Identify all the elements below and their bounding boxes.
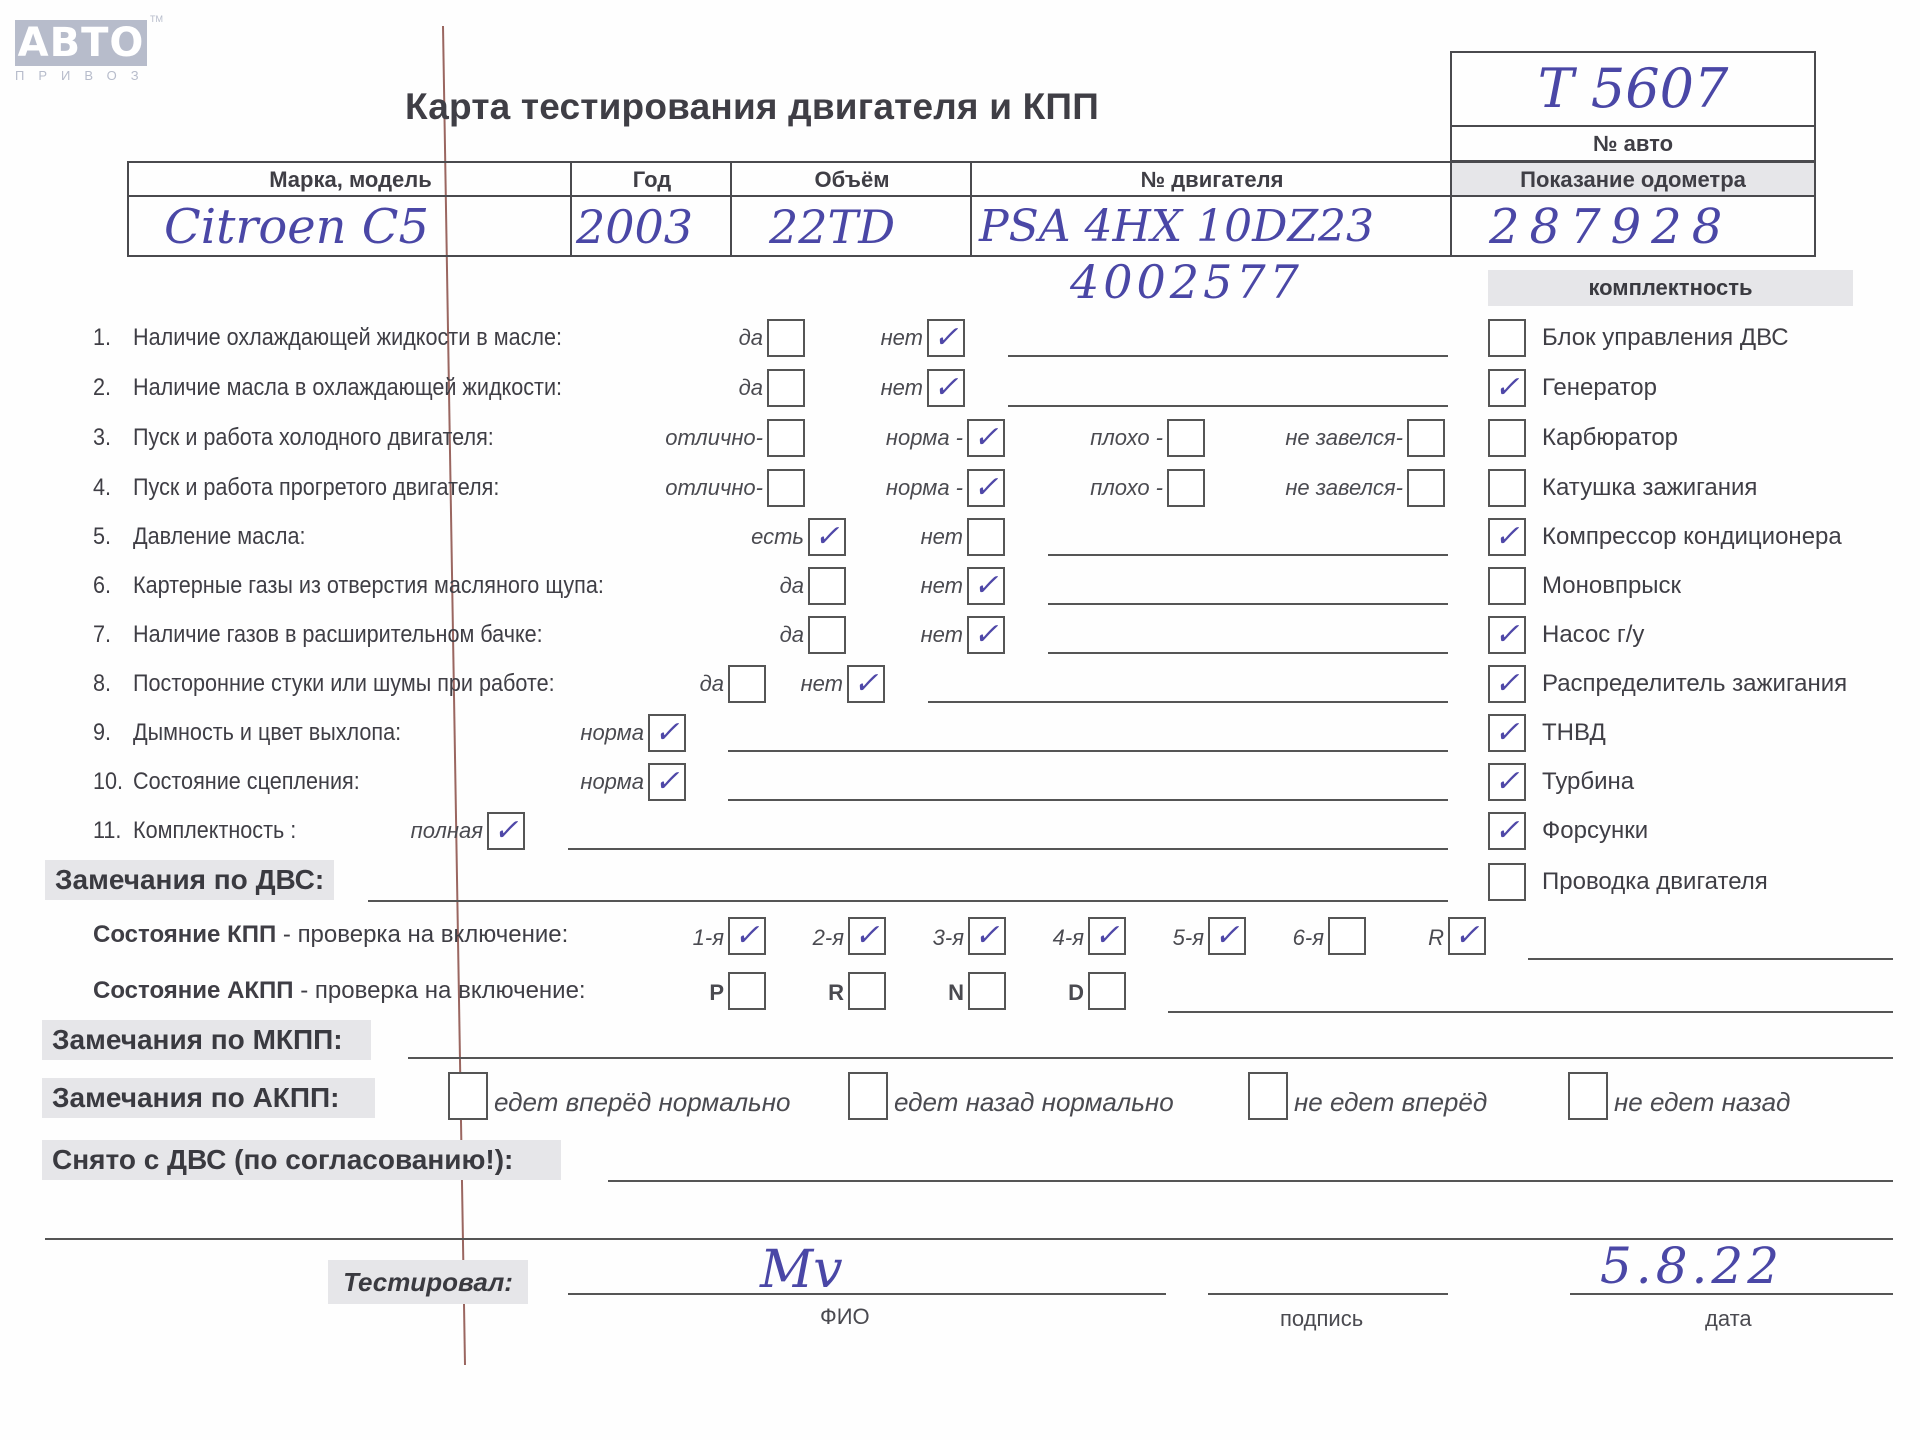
option-checkbox[interactable] <box>1407 469 1445 507</box>
remarks-manual-label: Замечания по МКПП: <box>42 1020 371 1060</box>
date-value: 5.8.22 <box>1600 1236 1783 1296</box>
completeness-checkbox[interactable] <box>1488 469 1526 507</box>
check-mark-icon: ✓ <box>1208 919 1246 953</box>
option-label: да <box>739 375 763 401</box>
signature-field[interactable] <box>1208 1293 1448 1295</box>
option-checkbox[interactable] <box>728 665 766 703</box>
remarks-auto-label: Замечания по АКПП: <box>42 1078 375 1118</box>
removed-parts-field[interactable] <box>608 1180 1893 1182</box>
completeness-checkbox[interactable]: ✓ <box>1488 714 1526 752</box>
name-value: Mv <box>760 1240 843 1300</box>
check-mark-icon: ✓ <box>927 321 965 355</box>
option-checkbox[interactable]: ✓ <box>927 369 965 407</box>
check-mark-icon: ✓ <box>968 919 1006 953</box>
option-checkbox[interactable] <box>1167 469 1205 507</box>
gear-label: D <box>1068 980 1084 1006</box>
caption-date: дата <box>1705 1306 1752 1332</box>
manual-gearbox-label: Состояние КПП - проверка на включение: <box>93 921 568 949</box>
remarks-engine-label: Замечания по ДВС: <box>45 860 334 900</box>
car-number-value[interactable]: T 5607 <box>1452 59 1814 119</box>
completeness-checkbox[interactable]: ✓ <box>1488 616 1526 654</box>
checklist-item-label: Комплектность : <box>133 817 296 845</box>
checklist-item-label: Наличие охлаждающей жидкости в масле: <box>133 324 562 352</box>
car-number-box: T 5607 № авто <box>1450 51 1816 162</box>
option-checkbox[interactable]: ✓ <box>967 567 1005 605</box>
option-label: плохо - <box>1090 425 1163 451</box>
column-header-odometer: Показание одометра <box>1452 163 1814 196</box>
page-title: Карта тестирования двигателя и КПП <box>405 86 1099 128</box>
completeness-title: комплектность <box>1488 270 1853 306</box>
auto-remark-label: не едет назад <box>1614 1087 1790 1118</box>
checklist-item-label: Посторонние стуки или шумы при работе: <box>133 670 555 698</box>
option-label: нет <box>881 325 923 351</box>
option-checkbox[interactable] <box>808 567 846 605</box>
option-label: нет <box>921 622 963 648</box>
option-checkbox[interactable] <box>767 419 805 457</box>
auto-remark-checkbox[interactable] <box>848 1072 888 1120</box>
completeness-item-label: Катушка зажигания <box>1542 474 1757 502</box>
completeness-item-label: Карбюратор <box>1542 424 1678 452</box>
comment-field[interactable] <box>728 750 1448 752</box>
comment-field[interactable] <box>1048 603 1448 605</box>
gear-label: R <box>1428 925 1444 951</box>
checklist-item-label: Наличие газов в расширительном бачке: <box>133 621 543 649</box>
completeness-checkbox[interactable]: ✓ <box>1488 812 1526 850</box>
completeness-checkbox[interactable]: ✓ <box>1488 369 1526 407</box>
check-mark-icon: ✓ <box>648 716 686 750</box>
option-label: нет <box>801 671 843 697</box>
checklist-item-label: Дымность и цвет выхлопа: <box>133 719 401 747</box>
option-checkbox[interactable]: ✓ <box>648 714 686 752</box>
option-label: да <box>780 573 804 599</box>
completeness-item-label: Проводка двигателя <box>1542 868 1768 896</box>
comment-field[interactable] <box>1048 652 1448 654</box>
checklist-item-number: 4. <box>93 474 111 502</box>
checklist-item-number: 11. <box>93 817 121 845</box>
gear-label: 6-я <box>1293 925 1324 951</box>
remarks-manual-field[interactable] <box>408 1057 1893 1059</box>
check-mark-icon: ✓ <box>728 919 766 953</box>
option-label: не завелся- <box>1285 475 1403 501</box>
option-label: да <box>739 325 763 351</box>
caption-fio: ФИО <box>820 1304 870 1330</box>
option-label: отлично- <box>665 425 763 451</box>
option-label: полная <box>411 818 483 844</box>
completeness-item-label: Насос г/у <box>1542 621 1644 649</box>
option-label: отлично- <box>665 475 763 501</box>
check-mark-icon: ✓ <box>1488 716 1526 750</box>
completeness-item-label: Распределитель зажигания <box>1542 670 1847 698</box>
gear-checkbox[interactable]: ✓ <box>848 917 886 955</box>
option-checkbox[interactable] <box>1407 419 1445 457</box>
option-label: норма <box>580 769 644 795</box>
check-mark-icon: ✓ <box>1488 618 1526 652</box>
completeness-checkbox[interactable] <box>1488 863 1526 901</box>
gear-label: 4-я <box>1053 925 1084 951</box>
checklist-item-label: Пуск и работа прогретого двигателя: <box>133 474 499 502</box>
auto-remark-label: едет назад нормально <box>894 1087 1174 1118</box>
checklist-item-number: 2. <box>93 374 111 402</box>
checklist-item-number: 9. <box>93 719 111 747</box>
option-checkbox[interactable]: ✓ <box>648 763 686 801</box>
comment-field[interactable] <box>1008 405 1448 407</box>
column-header-engine-number: № двигателя <box>972 163 1452 196</box>
completeness-item-label: Компрессор кондиционера <box>1542 523 1842 551</box>
engine-number-line2[interactable]: 4002577 <box>1070 256 1303 308</box>
option-checkbox[interactable] <box>767 469 805 507</box>
option-label: не завелся- <box>1285 425 1403 451</box>
manual-gearbox-note-field[interactable] <box>1528 958 1893 960</box>
checklist-item-number: 10. <box>93 768 123 796</box>
auto-remark-checkbox[interactable] <box>1248 1072 1288 1120</box>
option-checkbox[interactable] <box>808 616 846 654</box>
option-label: есть <box>751 524 804 550</box>
option-checkbox[interactable]: ✓ <box>927 319 965 357</box>
option-checkbox[interactable]: ✓ <box>967 419 1005 457</box>
check-mark-icon: ✓ <box>848 919 886 953</box>
volume-value[interactable]: 22TD <box>769 199 895 255</box>
option-checkbox[interactable]: ✓ <box>847 665 885 703</box>
check-mark-icon: ✓ <box>967 569 1005 603</box>
gear-checkbox[interactable] <box>1088 972 1126 1010</box>
option-label: плохо - <box>1090 475 1163 501</box>
auto-remark-label: не едет вперёд <box>1294 1087 1487 1118</box>
completeness-checkbox[interactable]: ✓ <box>1488 518 1526 556</box>
check-mark-icon: ✓ <box>808 520 846 554</box>
gear-checkbox[interactable] <box>848 972 886 1010</box>
checklist-item-number: 7. <box>93 621 111 649</box>
comment-field[interactable] <box>568 848 1448 850</box>
check-mark-icon: ✓ <box>1088 919 1126 953</box>
odometer-value[interactable]: 287928 <box>1489 199 1732 255</box>
option-label: нет <box>921 524 963 550</box>
auto-gearbox-note-field[interactable] <box>1168 1011 1893 1013</box>
caption-signature: подпись <box>1280 1306 1363 1332</box>
option-label: норма - <box>886 425 963 451</box>
checklist-item-number: 6. <box>93 572 111 600</box>
auto-gearbox-label: Состояние АКПП - проверка на включение: <box>93 977 586 1005</box>
check-mark-icon: ✓ <box>1488 520 1526 554</box>
gear-label: R <box>828 980 844 1006</box>
option-checkbox[interactable] <box>967 518 1005 556</box>
checklist-item-number: 3. <box>93 424 111 452</box>
gear-label: P <box>709 980 724 1006</box>
check-mark-icon: ✓ <box>648 765 686 799</box>
completeness-item-label: Генератор <box>1542 374 1657 402</box>
check-mark-icon: ✓ <box>967 618 1005 652</box>
auto-remark-checkbox[interactable] <box>1568 1072 1608 1120</box>
option-label: нет <box>881 375 923 401</box>
checklist-item-label: Пуск и работа холодного двигателя: <box>133 424 494 452</box>
comment-field[interactable] <box>728 799 1448 801</box>
check-mark-icon: ✓ <box>1488 765 1526 799</box>
gear-label: 5-я <box>1173 925 1204 951</box>
engine-number-value[interactable]: PSA 4HX 10DZ23 <box>979 199 1374 255</box>
comment-field[interactable] <box>928 701 1448 703</box>
completeness-item-label: Форсунки <box>1542 817 1648 845</box>
column-header-make-model: Марка, модель <box>129 163 572 196</box>
completeness-item-label: ТНВД <box>1542 719 1606 747</box>
gear-label: 1-я <box>693 925 724 951</box>
gear-checkbox[interactable] <box>728 972 766 1010</box>
checklist-item-label: Картерные газы из отверстия масляного щу… <box>133 572 604 600</box>
check-mark-icon: ✓ <box>1488 371 1526 405</box>
check-mark-icon: ✓ <box>927 371 965 405</box>
vehicle-info-table: Марка, модель Год Объём № двигателя Пока… <box>127 161 1816 257</box>
option-label: да <box>780 622 804 648</box>
column-header-year: Год <box>572 163 732 196</box>
checklist-item-label: Состояние сцепления: <box>133 768 360 796</box>
option-checkbox[interactable] <box>1167 419 1205 457</box>
check-mark-icon: ✓ <box>847 667 885 701</box>
completeness-item-label: Блок управления ДВС <box>1542 324 1789 352</box>
completeness-item-label: Моновпрыск <box>1542 572 1681 600</box>
completeness-checkbox[interactable] <box>1488 319 1526 357</box>
option-checkbox[interactable]: ✓ <box>967 616 1005 654</box>
checklist-item-number: 8. <box>93 670 111 698</box>
checklist-item-label: Наличие масла в охлаждающей жидкости: <box>133 374 562 402</box>
name-field[interactable] <box>568 1293 1166 1295</box>
gear-checkbox[interactable]: ✓ <box>968 917 1006 955</box>
completeness-item-label: Турбина <box>1542 768 1634 796</box>
option-label: норма <box>580 720 644 746</box>
checklist-item-label: Давление масла: <box>133 523 306 551</box>
option-checkbox[interactable] <box>767 319 805 357</box>
car-number-label: № авто <box>1452 127 1814 160</box>
auto-remark-label: едет вперёд нормально <box>494 1087 790 1118</box>
gear-label: 2-я <box>813 925 844 951</box>
gear-checkbox[interactable]: ✓ <box>1208 917 1246 955</box>
check-mark-icon: ✓ <box>1488 667 1526 701</box>
check-mark-icon: ✓ <box>1488 814 1526 848</box>
make-model-value[interactable]: Citroen C5 <box>164 199 429 255</box>
gear-checkbox[interactable]: ✓ <box>1088 917 1126 955</box>
comment-field[interactable] <box>1008 355 1448 357</box>
check-mark-icon: ✓ <box>967 471 1005 505</box>
gear-label: 3-я <box>933 925 964 951</box>
option-checkbox[interactable]: ✓ <box>808 518 846 556</box>
year-value[interactable]: 2003 <box>576 199 693 255</box>
option-label: норма - <box>886 475 963 501</box>
checklist-item-number: 5. <box>93 523 111 551</box>
gear-label: N <box>948 980 964 1006</box>
completeness-checkbox[interactable]: ✓ <box>1488 763 1526 801</box>
option-checkbox[interactable]: ✓ <box>967 469 1005 507</box>
gear-checkbox[interactable] <box>1328 917 1366 955</box>
comment-field[interactable] <box>1048 554 1448 556</box>
remarks-engine-field[interactable] <box>368 900 1448 902</box>
option-label: нет <box>921 573 963 599</box>
completeness-checkbox[interactable] <box>1488 419 1526 457</box>
auto-remark-checkbox[interactable] <box>448 1072 488 1120</box>
checklist-item-number: 1. <box>93 324 111 352</box>
check-mark-icon: ✓ <box>1448 919 1486 953</box>
gear-checkbox[interactable]: ✓ <box>1448 917 1486 955</box>
gear-checkbox[interactable] <box>968 972 1006 1010</box>
completeness-checkbox[interactable]: ✓ <box>1488 665 1526 703</box>
gear-checkbox[interactable]: ✓ <box>728 917 766 955</box>
option-checkbox[interactable] <box>767 369 805 407</box>
completeness-checkbox[interactable] <box>1488 567 1526 605</box>
tested-by-label: Тестировал: <box>328 1260 528 1304</box>
removed-parts-label: Снято с ДВС (по согласованию!): <box>42 1140 561 1180</box>
check-mark-icon: ✓ <box>967 421 1005 455</box>
check-mark-icon: ✓ <box>487 814 525 848</box>
column-header-volume: Объём <box>732 163 972 196</box>
option-label: да <box>700 671 724 697</box>
option-checkbox[interactable]: ✓ <box>487 812 525 850</box>
